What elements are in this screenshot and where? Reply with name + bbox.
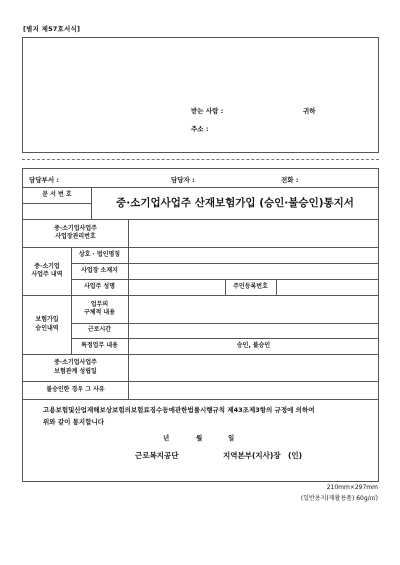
- paper-size: 210mm×297mm: [327, 484, 378, 491]
- mgmt-number-label: 중·소기업사업주 사업장관리번호: [23, 219, 128, 247]
- owner-details-group-label: 중·소기업 사업주 내역: [23, 247, 71, 295]
- company-name-field[interactable]: [128, 247, 379, 263]
- person-in-charge-label: 담당자 :: [171, 175, 195, 184]
- seal-mark: (인): [288, 450, 302, 461]
- recipient-address-label: 주소 :: [191, 124, 208, 133]
- owner-name-field[interactable]: [128, 279, 225, 295]
- doc-number-value: [23, 203, 91, 219]
- resident-number-label: 주민등록번호: [225, 279, 276, 295]
- established-date-field[interactable]: [128, 354, 379, 381]
- doc-number-label: 문 서 번 호: [23, 187, 91, 203]
- notice-text: 고용보험및산업재해보상보험의보험료징수등에관한법률시행규칙 제43조제3항의 규…: [43, 404, 373, 429]
- work-hours-field[interactable]: [128, 323, 379, 338]
- special-duties-label: 특정업무 내용: [71, 338, 128, 354]
- rejection-reason-field[interactable]: [128, 381, 379, 399]
- issuer-org: 근로복지공단: [135, 450, 178, 461]
- work-hours-label: 근로시간: [71, 323, 128, 338]
- date-year: 년: [163, 432, 169, 444]
- recipient-name-label: 받는 사람 :: [191, 106, 223, 115]
- issuer-title: 지역본부(지사)장: [223, 450, 281, 461]
- recipient-box: 받는 사람 : 귀하 주소 :: [22, 37, 379, 153]
- date-day: 일: [228, 432, 234, 444]
- duties-label: 업무의 구체적 내용: [71, 295, 128, 323]
- date-month: 월: [196, 432, 202, 444]
- approval-details-group-label: 보험가입 승인내역: [23, 295, 71, 354]
- phone-label: 전화 :: [281, 175, 298, 184]
- cut-line: [22, 159, 379, 160]
- duties-field[interactable]: [128, 295, 379, 323]
- company-name-label: 상호 · 법인명칭: [71, 247, 128, 263]
- form-number-label: [별지 제57호서식]: [23, 24, 80, 33]
- resident-number-field[interactable]: [276, 279, 379, 295]
- rejection-reason-label: 불승인한 경우 그 사유: [23, 381, 128, 399]
- notice-form-table: 담당부서 : 담당자 : 전화 : 문 서 번 호 중·소기업사업주 산재보험가…: [22, 168, 379, 482]
- form-title: 중·소기업사업주 산재보험가입 (승인·불승인)통지서: [91, 187, 379, 219]
- established-date-label: 중·소기업사업주 보험관계 성립일: [23, 354, 128, 381]
- special-duties-value: 승인, 불승인: [128, 338, 379, 354]
- recipient-honorific: 귀하: [303, 106, 316, 115]
- mgmt-number-field[interactable]: [128, 219, 379, 247]
- paper-type: (일반용지(재활용품) 60g/㎡): [301, 493, 378, 502]
- owner-name-label: 사업주 성명: [71, 279, 128, 295]
- location-label: 사업장 소재지: [71, 263, 128, 279]
- department-label: 담당부서 :: [29, 175, 59, 184]
- location-field[interactable]: [128, 263, 379, 279]
